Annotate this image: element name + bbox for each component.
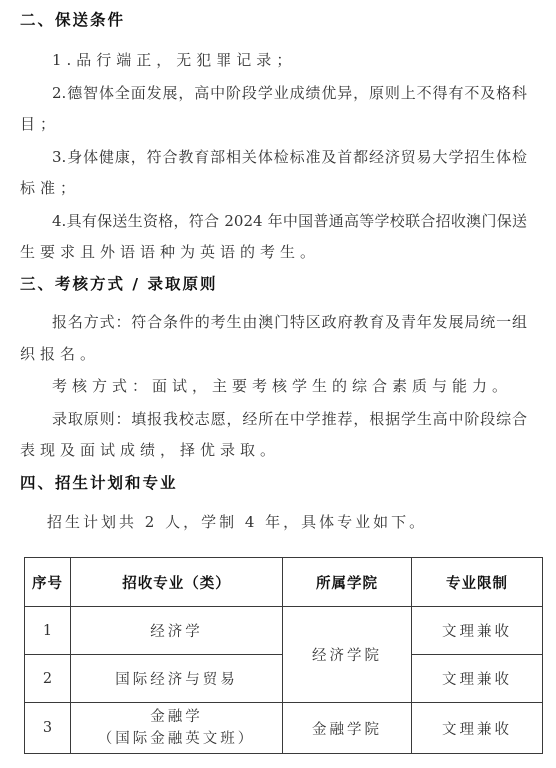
- row-number: 3: [25, 703, 71, 754]
- major-name-cell: 金融学 （国际金融英文班）: [71, 703, 283, 754]
- section-heading-enrollment-plan: 四、招生计划和专业: [20, 471, 178, 495]
- row-number: 2: [25, 655, 71, 703]
- admission-principle-cont: 表现及面试成绩，择优录取。: [20, 439, 527, 461]
- college-name: 金融学院: [283, 703, 412, 754]
- registration-method: 报名方式：符合条件的考生由澳门特区政府教育及青年发展局统一组: [52, 311, 527, 333]
- table-row: 1 经济学 经济学院 文理兼收: [25, 607, 543, 655]
- enrollment-table: 序号 招收专业（类） 所属学院 专业限制 1 经济学 经济学院 文理兼收 2 国…: [24, 557, 543, 754]
- assessment-method: 考核方式：面试，主要考核学生的综合素质与能力。: [52, 375, 527, 397]
- row-number: 1: [25, 607, 71, 655]
- condition-item-3: 3.身体健康，符合教育部相关体检标准及首都经济贸易大学招生体检: [52, 146, 527, 168]
- major-restriction: 文理兼收: [412, 703, 543, 754]
- enrollment-plan-summary: 招生计划共 2 人，学制 4 年，具体专业如下。: [47, 511, 522, 533]
- major-restriction: 文理兼收: [412, 655, 543, 703]
- column-header-restriction: 专业限制: [412, 558, 543, 607]
- section-heading-assessment: 三、考核方式 / 录取原则: [20, 272, 217, 296]
- condition-item-3-cont: 标准；: [20, 177, 527, 199]
- major-restriction: 文理兼收: [412, 607, 543, 655]
- registration-method-cont: 织报名。: [20, 343, 527, 365]
- admission-principle: 录取原则：填报我校志愿，经所在中学推荐，根据学生高中阶段综合: [52, 408, 527, 430]
- major-name: 金融学: [71, 706, 282, 728]
- table-header-row: 序号 招收专业（类） 所属学院 专业限制: [25, 558, 543, 607]
- condition-item-1: 1.品行端正，无犯罪记录；: [52, 49, 527, 71]
- major-subname: （国际金融英文班）: [71, 728, 282, 750]
- column-header-college: 所属学院: [283, 558, 412, 607]
- section-heading-admission-conditions: 二、保送条件: [20, 8, 125, 32]
- table-row: 3 金融学 （国际金融英文班） 金融学院 文理兼收: [25, 703, 543, 754]
- college-name: 经济学院: [283, 607, 412, 703]
- column-header-major: 招收专业（类）: [71, 558, 283, 607]
- major-name: 国际经济与贸易: [71, 655, 283, 703]
- column-header-number: 序号: [25, 558, 71, 607]
- condition-item-4: 4.具有保送生资格，符合 2024 年中国普通高等学校联合招收澳门保送: [52, 210, 527, 232]
- major-name: 经济学: [71, 607, 283, 655]
- condition-item-2: 2.德智体全面发展，高中阶段学业成绩优异，原则上不得有不及格科: [52, 82, 527, 104]
- condition-item-2-cont: 目；: [20, 113, 527, 135]
- condition-item-4-cont: 生要求且外语语种为英语的考生。: [20, 241, 527, 263]
